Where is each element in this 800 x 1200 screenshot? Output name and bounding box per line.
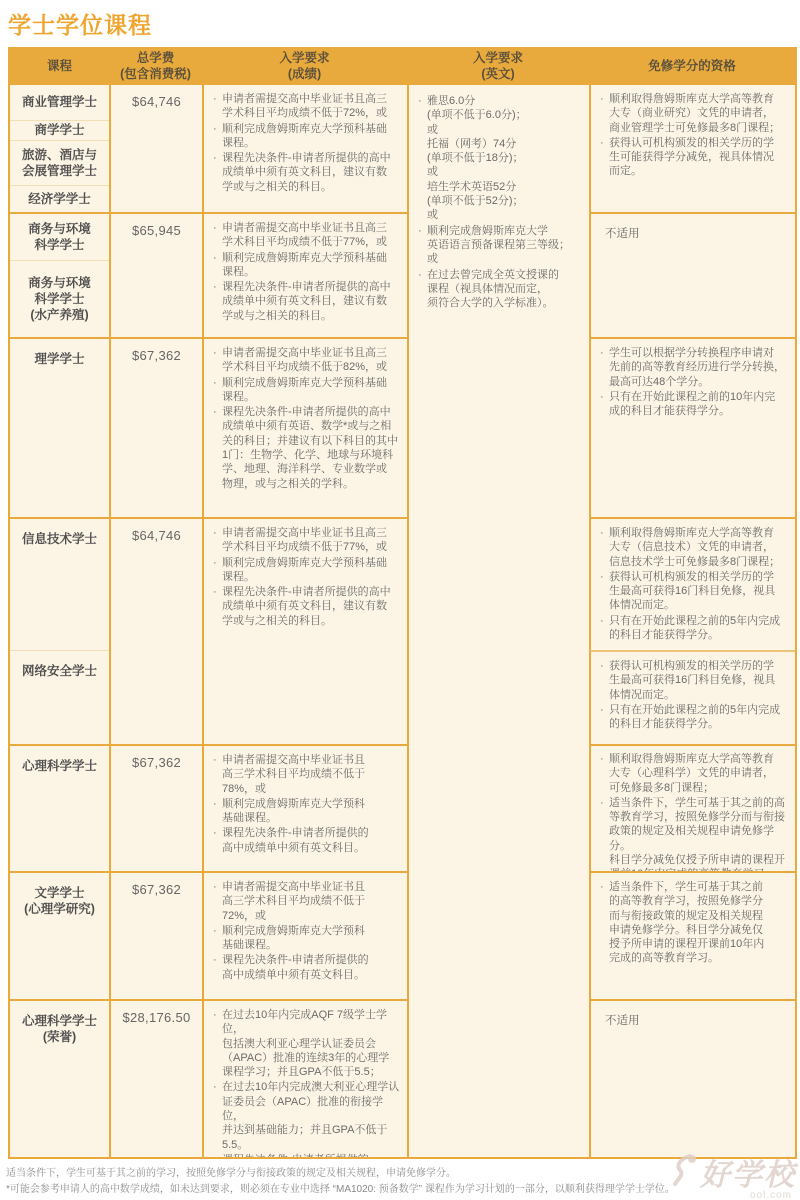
course-name: 商业管理学士 bbox=[10, 85, 109, 120]
requirement-item: 顺利完成詹姆斯库克大学预科 基础课程。 bbox=[212, 797, 402, 826]
course-name: 商务与环境 科学学士 (水产养殖) bbox=[10, 260, 109, 337]
footnote-line: 适当条件下，学生可基于其之前的学习，按照免修学分与衔接政策的规定及相关规程，申请… bbox=[6, 1166, 798, 1182]
page-title: 学士学位课程 bbox=[8, 7, 800, 40]
grades-cell: 申请者需提交高中毕业证书且 高三学术科目平均成绩不低于 72%，或 顺利完成詹姆… bbox=[202, 871, 407, 999]
grades-cell: 申请者需提交高中毕业证书且高三 学术科目平均成绩不低于72%，或 顺利完成詹姆斯… bbox=[202, 85, 407, 212]
waiver-item: 只有在开始此课程之前的10年内完 成的科目才能获得学分。 bbox=[599, 390, 790, 419]
fee-cell: $65,945 bbox=[109, 212, 202, 337]
requirement-item: 在过去10年内完成AQF 7级学士学位， 包括澳大利亚心理学认证委员会 （APA… bbox=[212, 1008, 402, 1079]
requirement-item: 顺利完成詹姆斯库克大学预科基础 课程。 bbox=[212, 556, 402, 585]
english-requirement-item: 顺利完成詹姆斯库克大学 英语语言预备课程第三等级； 或 bbox=[417, 224, 584, 267]
course-name: 信息技术学士 bbox=[10, 517, 109, 650]
fee-cell: $64,746 bbox=[109, 517, 202, 744]
degree-programs-table: 课程 总学费 (包含消费税) 入学要求 (成绩) 入学要求 (英文) 免修学分的… bbox=[8, 47, 797, 1159]
course-name: 旅游、酒店与 会展管理学士 bbox=[10, 140, 109, 185]
header-grades-requirement: 入学要求 (成绩) bbox=[202, 49, 407, 85]
requirement-item: 在过去10年内完成澳大利亚心理学认 证委员会（APAC）批准的衔接学位， 并达到… bbox=[212, 1080, 402, 1151]
waiver-cell: 适当条件下，学生可基于其之前 的高等教育学习，按照免修学分 而与衔接政策的规定及… bbox=[589, 871, 795, 999]
waiver-cell-na: 不适用 bbox=[589, 999, 795, 1157]
waiver-item: 获得认可机构颁发的相关学历的学 生最高可获得16门科目免修，视具 体情况而定。 bbox=[599, 659, 790, 702]
requirement-item: 课程先决条件-申请者所提供的高中 成绩单中须有英文科目，建议有数 学或与之相关的… bbox=[212, 151, 402, 194]
footnote-line: *可能会参考申请人的高中数学成绩，如未达到要求，则必须在专业中选择 “MA102… bbox=[6, 1182, 798, 1198]
fee-cell: $67,362 bbox=[109, 744, 202, 871]
requirement-item: 课程先决条件-申请者所提供的高中 成绩单中须有英语、数学*或与之相 关的科目；并… bbox=[212, 405, 402, 491]
grades-cell: 申请者需提交高中毕业证书且高三 学术科目平均成绩不低于77%，或 顺利完成詹姆斯… bbox=[202, 212, 407, 337]
requirement-item: 申请者需提交高中毕业证书且 高三学术科目平均成绩不低于 78%，或 bbox=[212, 753, 402, 796]
fee-cell: $67,362 bbox=[109, 337, 202, 517]
requirement-item: 顺利完成詹姆斯库克大学预科基础 课程。 bbox=[212, 251, 402, 280]
fee-cell: $28,176.50 bbox=[109, 999, 202, 1157]
english-requirement-item: 雅思6.0分 (单项不低于6.0分)； 或 托福（网考）74分 (单项不低于18… bbox=[417, 94, 584, 223]
course-name: 心理科学学士 (荣誉) bbox=[10, 999, 109, 1157]
grades-cell: 申请者需提交高中毕业证书且 高三学术科目平均成绩不低于 78%，或 顺利完成詹姆… bbox=[202, 744, 407, 871]
fee-cell: $67,362 bbox=[109, 871, 202, 999]
requirement-item: 课程先决条件-申请者所提供的 高中成绩单中须有英文科目。 bbox=[212, 953, 402, 982]
footnotes: 适当条件下，学生可基于其之前的学习，按照免修学分与衔接政策的规定及相关规程，申请… bbox=[6, 1166, 798, 1197]
waiver-item: 顺利取得詹姆斯库克大学高等教育 大专（心理科学）文凭的申请者， 可免修最多8门课… bbox=[599, 752, 790, 795]
waiver-cell: 获得认可机构颁发的相关学历的学 生最高可获得16门科目免修，视具 体情况而定。 … bbox=[589, 650, 795, 744]
waiver-item: 顺利取得詹姆斯库克大学高等教育 大专（商业研究）文凭的申请者， 商业管理学士可免… bbox=[599, 92, 790, 135]
header-credit-waiver: 免修学分的资格 bbox=[589, 49, 795, 85]
waiver-item: 只有在开始此课程之前的5年内完成 的科目才能获得学分。 bbox=[599, 614, 790, 643]
waiver-item: 获得认可机构颁发的相关学历的学 生最高可获得16门科目免修，视具 体情况而定。 bbox=[599, 570, 790, 613]
waiver-cell: 顺利取得詹姆斯库克大学高等教育 大专（信息技术）文凭的申请者， 信息技术学士可免… bbox=[589, 517, 795, 650]
course-name: 理学学士 bbox=[10, 337, 109, 517]
grades-cell: 在过去10年内完成AQF 7级学士学位， 包括澳大利亚心理学认证委员会 （APA… bbox=[202, 999, 407, 1157]
english-requirement-item: 在过去曾完成全英文授课的 课程（视具体情况而定， 须符合大学的入学标准）。 bbox=[417, 268, 584, 311]
requirement-item: 申请者需提交高中毕业证书且高三 学术科目平均成绩不低于72%，或 bbox=[212, 92, 402, 121]
waiver-item: 适当条件下，学生可基于其之前 的高等教育学习，按照免修学分 而与衔接政策的规定及… bbox=[599, 880, 790, 966]
course-name: 商务与环境 科学学士 bbox=[10, 212, 109, 260]
grades-cell: 申请者需提交高中毕业证书且高三 学术科目平均成绩不低于77%，或 顺利完成詹姆斯… bbox=[202, 517, 407, 744]
waiver-item: 适当条件下，学生可基于其之前的高 等教育学习，按照免修学分而与衔接 政策的规定及… bbox=[599, 796, 790, 871]
english-requirements-cell: 雅思6.0分 (单项不低于6.0分)； 或 托福（网考）74分 (单项不低于18… bbox=[407, 85, 589, 1157]
waiver-item: 顺利取得詹姆斯库克大学高等教育 大专（信息技术）文凭的申请者， 信息技术学士可免… bbox=[599, 526, 790, 569]
course-name: 经济学学士 bbox=[10, 185, 109, 212]
requirement-item: 顺利完成詹姆斯库克大学预科基础 课程。 bbox=[212, 122, 402, 151]
waiver-item: 获得认可机构颁发的相关学历的学 生可能获得学分减免，视具体情况 而定。 bbox=[599, 136, 790, 179]
requirement-item: 申请者需提交高中毕业证书且高三 学术科目平均成绩不低于77%，或 bbox=[212, 221, 402, 250]
waiver-cell-na: 不适用 bbox=[589, 212, 795, 337]
waiver-cell: 顺利取得詹姆斯库克大学高等教育 大专（心理科学）文凭的申请者， 可免修最多8门课… bbox=[589, 744, 795, 871]
requirement-item: 申请者需提交高中毕业证书且高三 学术科目平均成绩不低于77%，或 bbox=[212, 526, 402, 555]
course-name: 商学学士 bbox=[10, 120, 109, 140]
waiver-item: 学生可以根据学分转换程序申请对 先前的高等教育经历进行学分转换， 最高可达48个… bbox=[599, 346, 790, 389]
requirement-item: 课程先决条件-申请者所提供的高中 成绩单中须有英文科目，建议有数 学或与之相关的… bbox=[212, 280, 402, 323]
page: 学士学位课程 课程 总学费 (包含消费税) 入学要求 (成绩) 入学要求 (英文… bbox=[0, 7, 800, 1200]
course-name: 网络安全学士 bbox=[10, 650, 109, 744]
fee-cell: $64,746 bbox=[109, 85, 202, 212]
waiver-item: 只有在开始此课程之前的5年内完成 的科目才能获得学分。 bbox=[599, 703, 790, 732]
waiver-cell: 顺利取得詹姆斯库克大学高等教育 大专（商业研究）文凭的申请者， 商业管理学士可免… bbox=[589, 85, 795, 212]
requirement-item: 课程先决条件-申请者所提供的 高中成绩单中须有英文科目。 bbox=[212, 826, 402, 855]
header-course: 课程 bbox=[10, 49, 109, 85]
header-english-requirement: 入学要求 (英文) bbox=[407, 49, 589, 85]
waiver-cell: 学生可以根据学分转换程序申请对 先前的高等教育经历进行学分转换， 最高可达48个… bbox=[589, 337, 795, 517]
requirement-item: 申请者需提交高中毕业证书且 高三学术科目平均成绩不低于 72%，或 bbox=[212, 880, 402, 923]
requirement-item: 课程先决条件-申请者所提供的高中 成绩单中须有英文科目，建议有数 学或与之相关的… bbox=[212, 585, 402, 628]
requirement-item: 申请者需提交高中毕业证书且高三 学术科目平均成绩不低于82%，或 bbox=[212, 346, 402, 375]
course-name: 心理科学学士 bbox=[10, 744, 109, 871]
requirement-item: 顺利完成詹姆斯库克大学预科 基础课程。 bbox=[212, 924, 402, 953]
grades-cell: 申请者需提交高中毕业证书且高三 学术科目平均成绩不低于82%，或 顺利完成詹姆斯… bbox=[202, 337, 407, 517]
requirement-item: 顺利完成詹姆斯库克大学预科基础 课程。 bbox=[212, 376, 402, 405]
header-fee: 总学费 (包含消费税) bbox=[109, 49, 202, 85]
course-name: 文学学士 (心理学研究) bbox=[10, 871, 109, 999]
requirement-item: 课程先决条件-申请者所提供的 成绩单中须有英文科目。 bbox=[212, 1153, 402, 1157]
